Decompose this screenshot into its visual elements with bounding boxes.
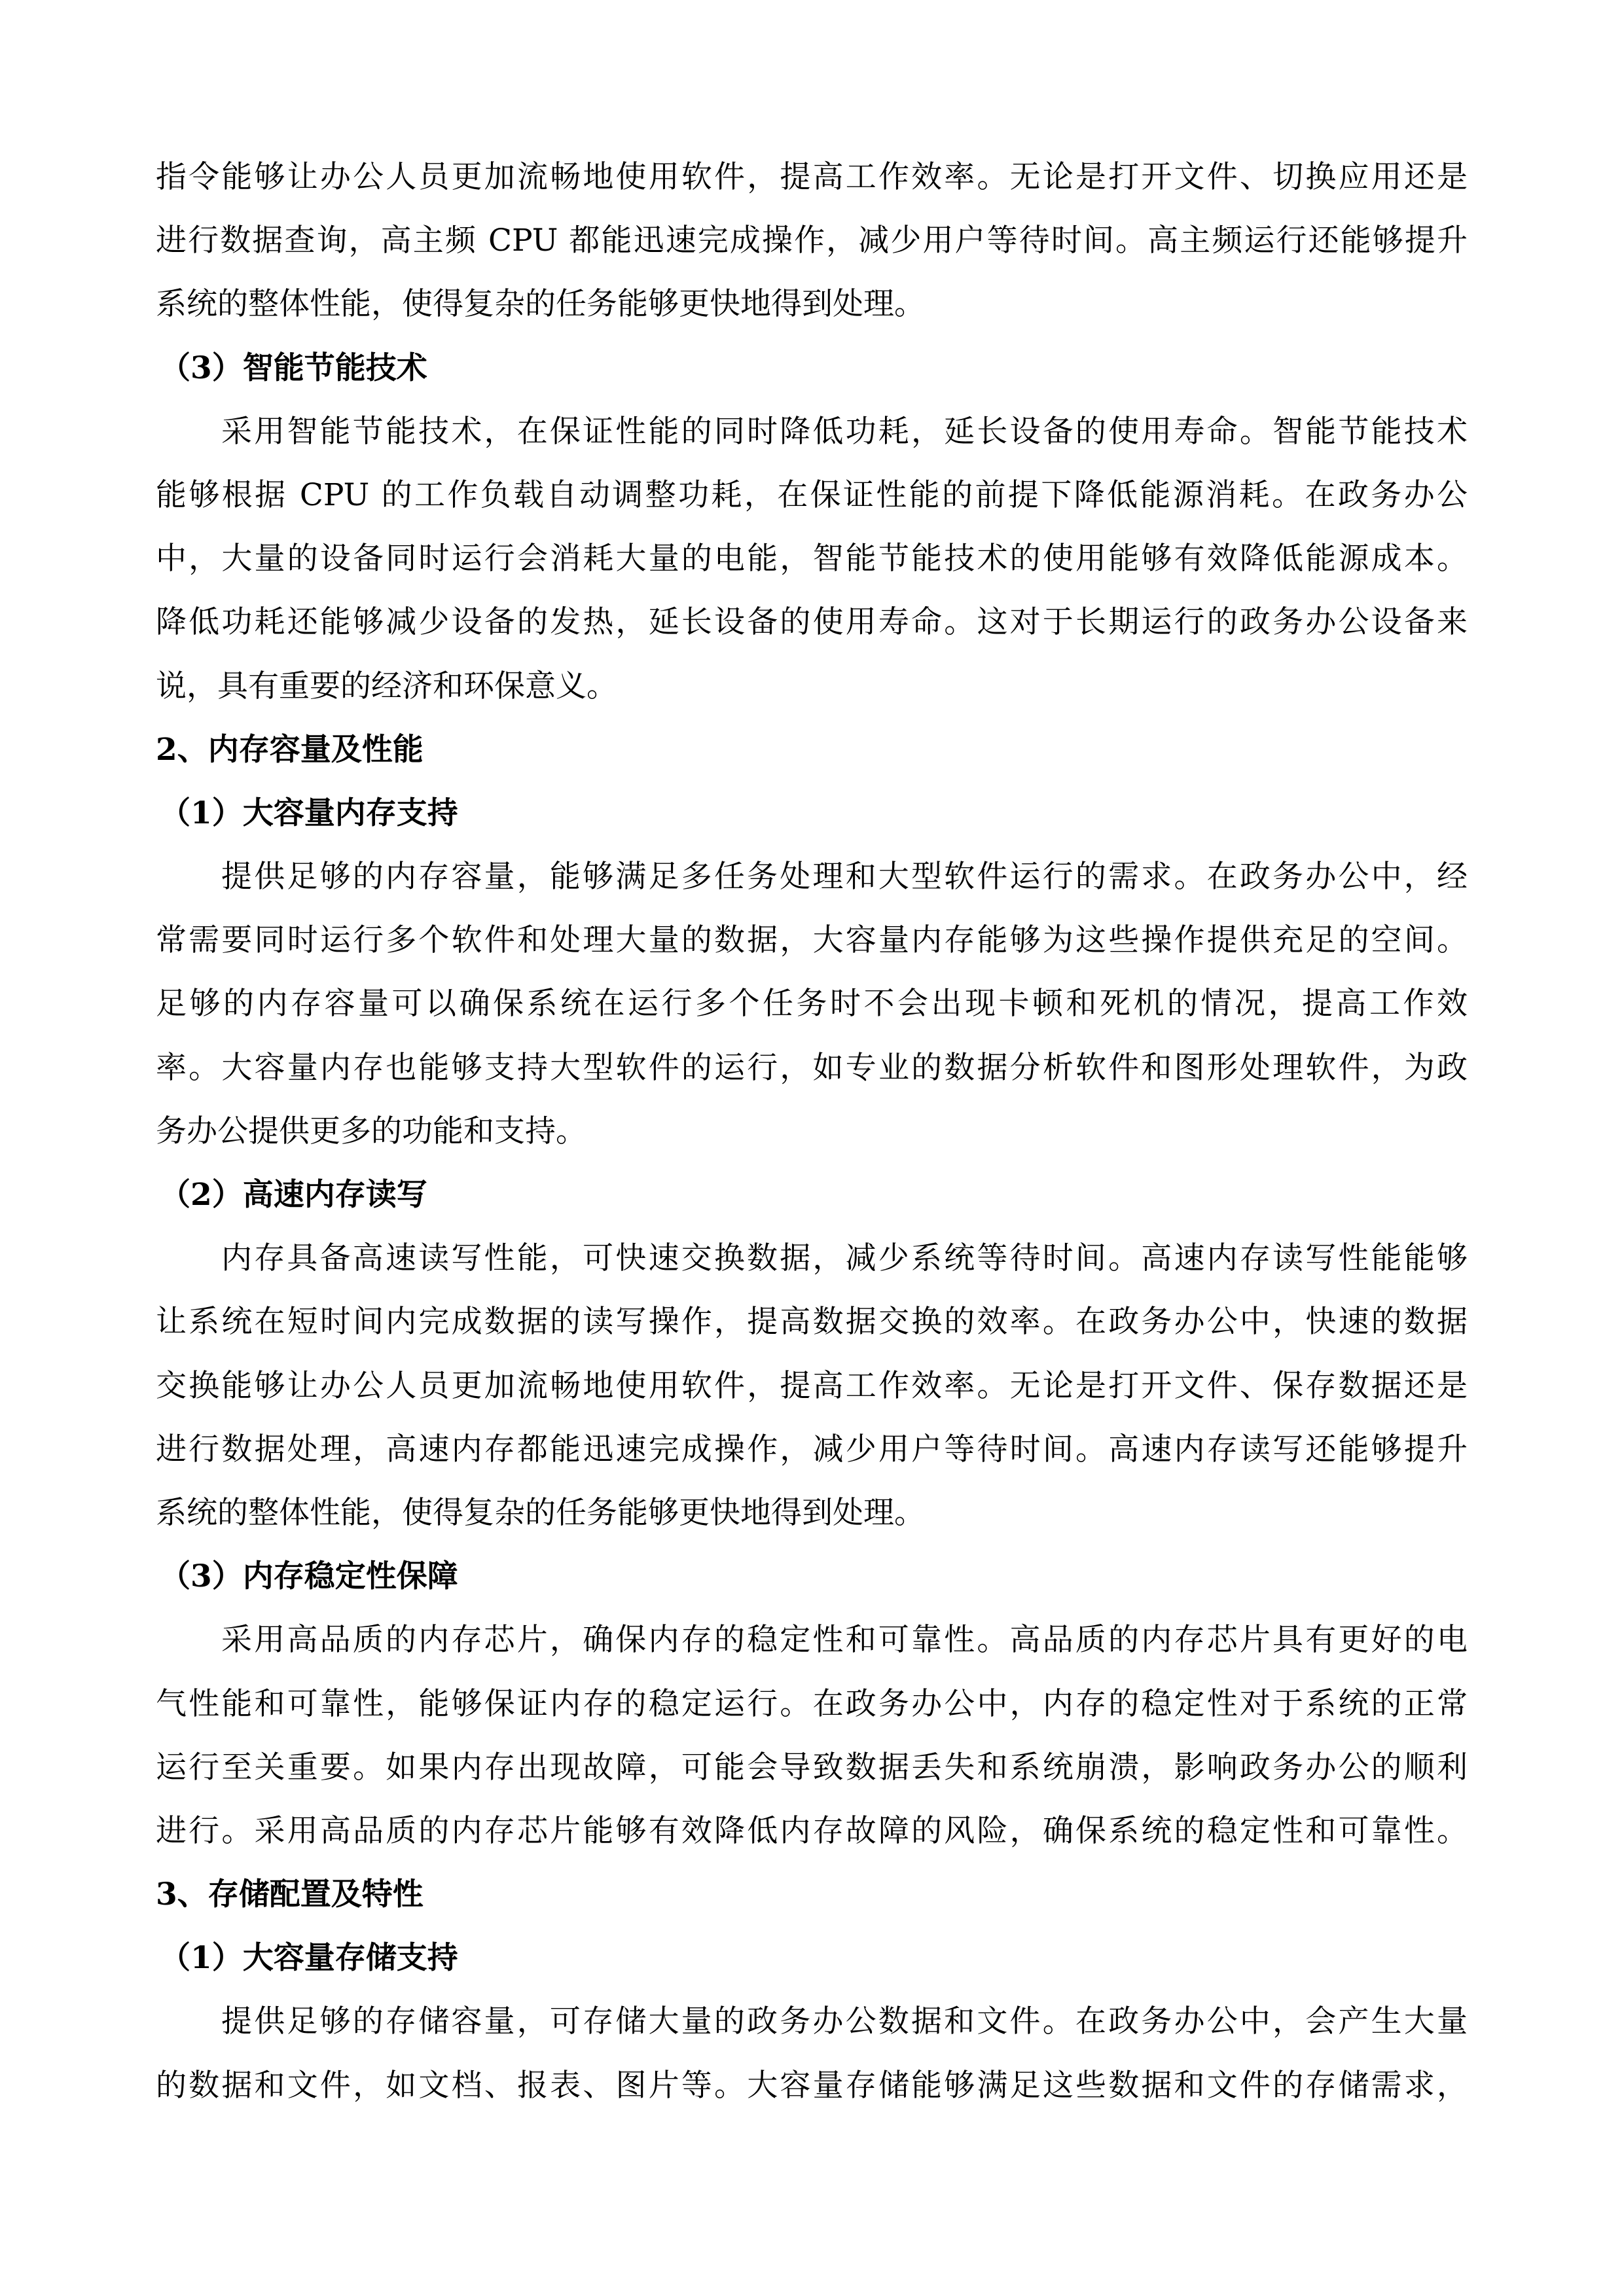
paragraph-line: 提供足够的内存容量，能够满足多任务处理和大型软件运行的需求。在政务办公中，经	[156, 845, 1468, 908]
paragraph-line: 采用高品质的内存芯片，确保内存的稳定性和可靠性。高品质的内存芯片具有更好的电	[156, 1608, 1468, 1672]
paragraph-line: 系统的整体性能，使得复杂的任务能够更快地得到处理。	[156, 272, 1468, 336]
document-page: 指令能够让办公人员更加流畅地使用软件，提高工作效率。无论是打开文件、切换应用还是…	[156, 145, 1468, 2117]
paragraph-line: 指令能够让办公人员更加流畅地使用软件，提高工作效率。无论是打开文件、切换应用还是	[156, 145, 1468, 209]
paragraph-line: 气性能和可靠性，能够保证内存的稳定运行。在政务办公中，内存的稳定性对于系统的正常	[156, 1672, 1468, 1736]
paragraph-cpu-frequency-continued: 指令能够让办公人员更加流畅地使用软件，提高工作效率。无论是打开文件、切换应用还是…	[156, 145, 1468, 336]
paragraph-line: 运行至关重要。如果内存出现故障，可能会导致数据丢失和系统崩溃，影响政务办公的顺利	[156, 1736, 1468, 1799]
paragraph-line: 降低功耗还能够减少设备的发热，延长设备的使用寿命。这对于长期运行的政务办公设备来	[156, 590, 1468, 654]
paragraph-line: 中，大量的设备同时运行会消耗大量的电能，智能节能技术的使用能够有效降低能源成本。	[156, 527, 1468, 590]
subsection-heading-smart-power-saving: （3）智能节能技术	[156, 336, 1468, 400]
section-heading-storage: 3、存储配置及特性	[156, 1863, 1468, 1926]
section-heading-memory: 2、内存容量及性能	[156, 718, 1468, 781]
paragraph-line: 内存具备高速读写性能，可快速交换数据，减少系统等待时间。高速内存读写性能能够	[156, 1227, 1468, 1290]
paragraph-line: 让系统在短时间内完成数据的读写操作，提高数据交换的效率。在政务办公中，快速的数据	[156, 1290, 1468, 1354]
paragraph-smart-power-saving: 采用智能节能技术，在保证性能的同时降低功耗，延长设备的使用寿命。智能节能技术 能…	[156, 400, 1468, 718]
paragraph-large-memory: 提供足够的内存容量，能够满足多任务处理和大型软件运行的需求。在政务办公中，经 常…	[156, 845, 1468, 1163]
subsection-heading-large-storage: （1）大容量存储支持	[156, 1926, 1468, 1990]
paragraph-line: 交换能够让办公人员更加流畅地使用软件，提高工作效率。无论是打开文件、保存数据还是	[156, 1354, 1468, 1418]
subsection-heading-large-memory: （1）大容量内存支持	[156, 781, 1468, 845]
paragraph-line: 足够的内存容量可以确保系统在运行多个任务时不会出现卡顿和死机的情况，提高工作效	[156, 972, 1468, 1035]
paragraph-line: 说，具有重要的经济和环保意义。	[156, 655, 1468, 718]
paragraph-line: 进行数据处理，高速内存都能迅速完成操作，减少用户等待时间。高速内存读写还能够提升	[156, 1418, 1468, 1481]
paragraph-line: 务办公提供更多的功能和支持。	[156, 1100, 1468, 1163]
paragraph-line: 能够根据 CPU 的工作负载自动调整功耗，在保证性能的前提下降低能源消耗。在政务…	[156, 463, 1468, 527]
paragraph-large-storage: 提供足够的存储容量，可存储大量的政务办公数据和文件。在政务办公中，会产生大量 的…	[156, 1990, 1468, 2117]
paragraph-line: 提供足够的存储容量，可存储大量的政务办公数据和文件。在政务办公中，会产生大量	[156, 1990, 1468, 2053]
paragraph-memory-stability: 采用高品质的内存芯片，确保内存的稳定性和可靠性。高品质的内存芯片具有更好的电 气…	[156, 1608, 1468, 1863]
subsection-heading-fast-memory: （2）高速内存读写	[156, 1163, 1468, 1227]
paragraph-line: 进行。采用高品质的内存芯片能够有效降低内存故障的风险，确保系统的稳定性和可靠性。	[156, 1799, 1468, 1863]
paragraph-fast-memory: 内存具备高速读写性能，可快速交换数据，减少系统等待时间。高速内存读写性能能够 让…	[156, 1227, 1468, 1545]
paragraph-line: 率。大容量内存也能够支持大型软件的运行，如专业的数据分析软件和图形处理软件，为政	[156, 1036, 1468, 1100]
subsection-heading-memory-stability: （3）内存稳定性保障	[156, 1545, 1468, 1608]
paragraph-line: 的数据和文件，如文档、报表、图片等。大容量存储能够满足这些数据和文件的存储需求，	[156, 2054, 1468, 2117]
paragraph-line: 进行数据查询，高主频 CPU 都能迅速完成操作，减少用户等待时间。高主频运行还能…	[156, 209, 1468, 272]
paragraph-line: 采用智能节能技术，在保证性能的同时降低功耗，延长设备的使用寿命。智能节能技术	[156, 400, 1468, 463]
paragraph-line: 系统的整体性能，使得复杂的任务能够更快地得到处理。	[156, 1481, 1468, 1545]
paragraph-line: 常需要同时运行多个软件和处理大量的数据，大容量内存能够为这些操作提供充足的空间。	[156, 908, 1468, 972]
